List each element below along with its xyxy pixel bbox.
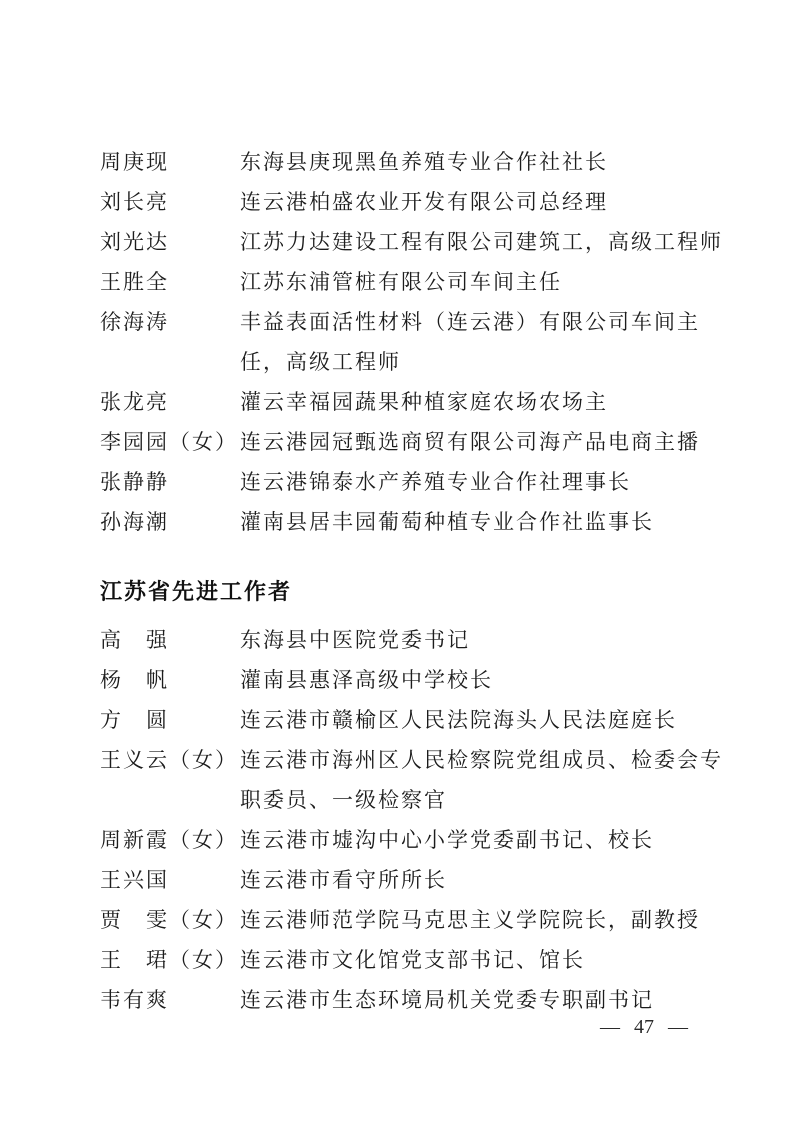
entry-title: 连云港市墟沟中心小学党委副书记、校长 [240, 820, 725, 860]
entry-row: 张静静连云港锦泰水产养殖专业合作社理事长 [100, 462, 740, 502]
entry-title: 连云港市赣榆区人民法院海头人民法庭庭长 [240, 700, 725, 740]
entry-title: 东海县庚现黑鱼养殖专业合作社社长 [240, 142, 725, 182]
entry-name: 高 强 [100, 620, 240, 660]
entry-name: 贾 雯（女） [100, 900, 240, 940]
entry-name: 张龙亮 [100, 382, 240, 422]
entry-title: 丰益表面活性材料（连云港）有限公司车间主任，高级工程师 [240, 302, 725, 382]
entry-name: 方 圆 [100, 700, 240, 740]
entry-title: 东海县中医院党委书记 [240, 620, 725, 660]
entry-name: 刘长亮 [100, 182, 240, 222]
entry-name: 杨 帆 [100, 660, 240, 700]
entry-row: 徐海涛丰益表面活性材料（连云港）有限公司车间主任，高级工程师 [100, 302, 740, 382]
document-page: 周庚现东海县庚现黑鱼养殖专业合作社社长刘长亮连云港柏盛农业开发有限公司总经理刘光… [0, 0, 800, 1131]
footer-dash-right: — [668, 1015, 688, 1039]
entry-title: 连云港市看守所所长 [240, 860, 725, 900]
entry-title: 灌云幸福园蔬果种植家庭农场农场主 [240, 382, 725, 422]
entry-row: 周新霞（女）连云港市墟沟中心小学党委副书记、校长 [100, 820, 740, 860]
entry-name: 孙海潮 [100, 502, 240, 542]
entry-row: 韦有爽连云港市生态环境局机关党委专职副书记 [100, 980, 740, 1020]
entry-name: 韦有爽 [100, 980, 240, 1020]
entry-title: 连云港园冠甄选商贸有限公司海产品电商主播 [240, 422, 725, 462]
entry-row: 方 圆连云港市赣榆区人民法院海头人民法庭庭长 [100, 700, 740, 740]
entry-row: 周庚现东海县庚现黑鱼养殖专业合作社社长 [100, 142, 740, 182]
entry-name: 王胜全 [100, 262, 240, 302]
entry-name: 徐海涛 [100, 302, 240, 342]
entry-name: 周新霞（女） [100, 820, 240, 860]
entry-name: 刘光达 [100, 222, 240, 262]
entry-title: 灌南县居丰园葡萄种植专业合作社监事长 [240, 502, 725, 542]
entry-row: 杨 帆灌南县惠泽高级中学校长 [100, 660, 740, 700]
entry-row: 刘光达江苏力达建设工程有限公司建筑工，高级工程师 [100, 222, 740, 262]
entry-row: 王 珺（女）连云港市文化馆党支部书记、馆长 [100, 940, 740, 980]
entry-title: 连云港市海州区人民检察院党组成员、检委会专职委员、一级检察官 [240, 740, 725, 820]
entry-row: 李园园（女）连云港园冠甄选商贸有限公司海产品电商主播 [100, 422, 740, 462]
entry-row: 王兴国连云港市看守所所长 [100, 860, 740, 900]
sections: 周庚现东海县庚现黑鱼养殖专业合作社社长刘长亮连云港柏盛农业开发有限公司总经理刘光… [100, 142, 740, 1020]
entry-name: 张静静 [100, 462, 240, 502]
entry-name: 周庚现 [100, 142, 240, 182]
award-section: 周庚现东海县庚现黑鱼养殖专业合作社社长刘长亮连云港柏盛农业开发有限公司总经理刘光… [100, 142, 740, 542]
entry-title: 连云港师范学院马克思主义学院院长，副教授 [240, 900, 725, 940]
entry-row: 王义云（女）连云港市海州区人民检察院党组成员、检委会专职委员、一级检察官 [100, 740, 740, 820]
entry-row: 孙海潮灌南县居丰园葡萄种植专业合作社监事长 [100, 502, 740, 542]
entry-title: 灌南县惠泽高级中学校长 [240, 660, 725, 700]
entry-name: 王义云（女） [100, 740, 240, 780]
page-footer: — 47 — [600, 1015, 688, 1039]
footer-dash-left: — [600, 1015, 620, 1039]
entry-row: 张龙亮灌云幸福园蔬果种植家庭农场农场主 [100, 382, 740, 422]
entry-title: 连云港市生态环境局机关党委专职副书记 [240, 980, 725, 1020]
entry-row: 王胜全江苏东浦管桩有限公司车间主任 [100, 262, 740, 302]
entry-title: 连云港柏盛农业开发有限公司总经理 [240, 182, 725, 222]
entry-title: 江苏力达建设工程有限公司建筑工，高级工程师 [240, 222, 725, 262]
entry-name: 王 珺（女） [100, 940, 240, 980]
entry-name: 李园园（女） [100, 422, 240, 462]
entry-name: 王兴国 [100, 860, 240, 900]
section-heading: 江苏省先进工作者 [100, 572, 740, 612]
entry-title: 江苏东浦管桩有限公司车间主任 [240, 262, 725, 302]
entry-title: 连云港市文化馆党支部书记、馆长 [240, 940, 725, 980]
entry-row: 贾 雯（女）连云港师范学院马克思主义学院院长，副教授 [100, 900, 740, 940]
award-section: 江苏省先进工作者高 强东海县中医院党委书记杨 帆灌南县惠泽高级中学校长方 圆连云… [100, 572, 740, 1020]
entry-row: 高 强东海县中医院党委书记 [100, 620, 740, 660]
entry-title: 连云港锦泰水产养殖专业合作社理事长 [240, 462, 725, 502]
page-number: 47 [634, 1015, 654, 1039]
entry-row: 刘长亮连云港柏盛农业开发有限公司总经理 [100, 182, 740, 222]
